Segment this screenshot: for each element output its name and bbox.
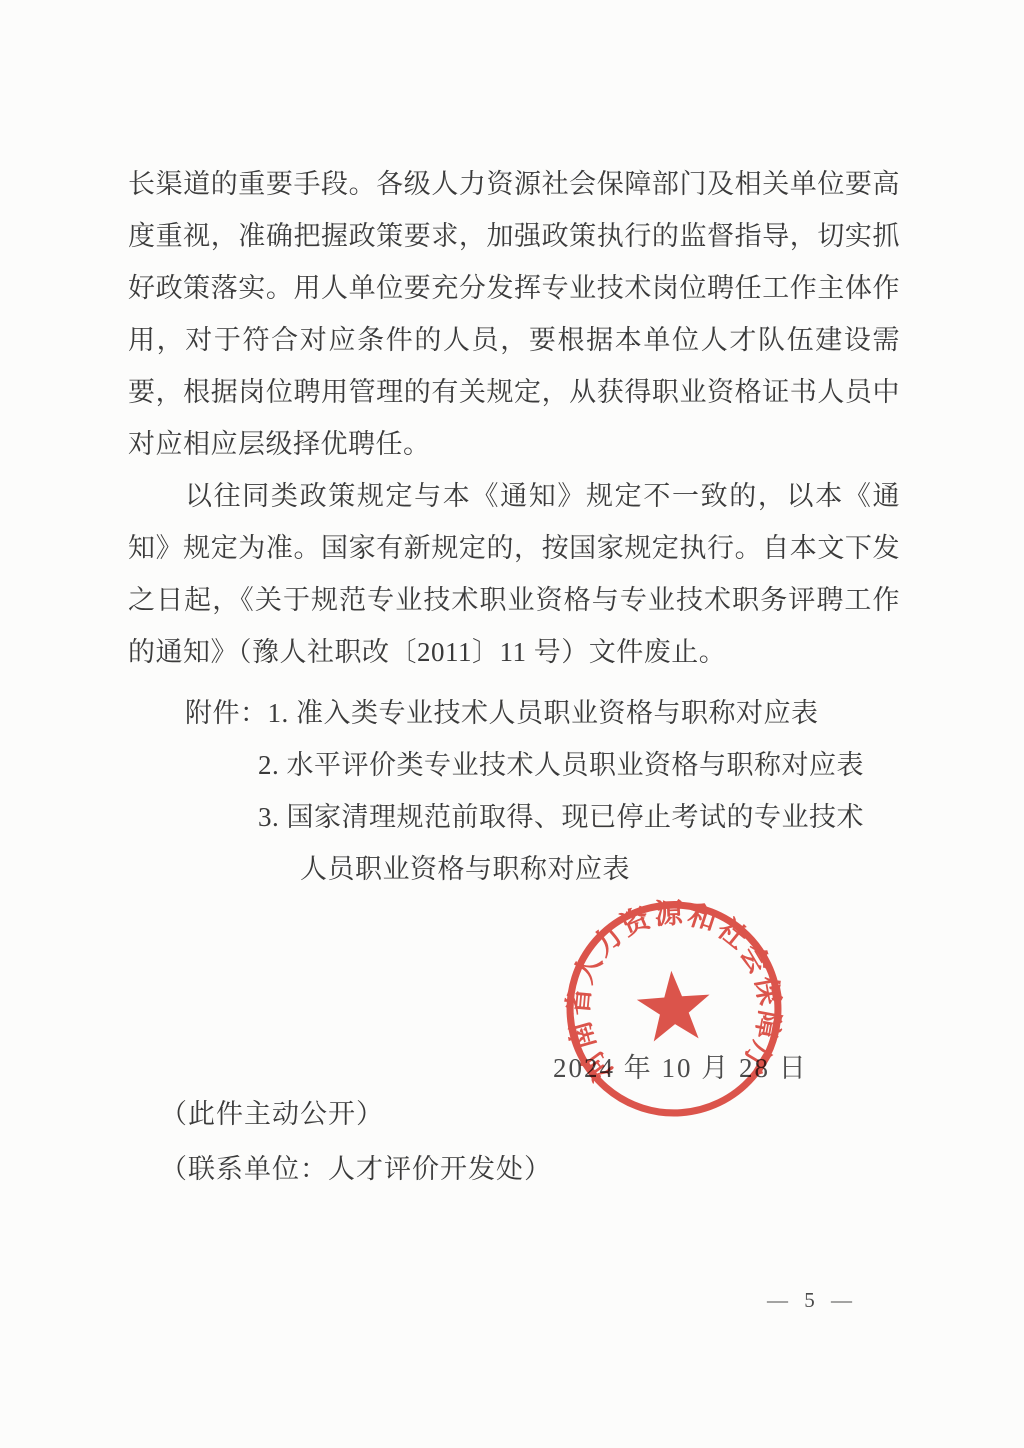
document-body: 长渠道的重要手段。各级人力资源社会保障部门及相关单位要高 度重视，准确把握政策要… xyxy=(128,158,900,895)
attachments-list: 附件： 1. 准入类专业技术人员职业资格与职称对应表 2. 水平评价类专业技术人… xyxy=(128,687,900,895)
attachment-item: 3. 国家清理规范前取得、现已停止考试的专业技术 xyxy=(128,791,900,843)
body-line: 长渠道的重要手段。各级人力资源社会保障部门及相关单位要高 xyxy=(128,158,900,210)
attachment-line: 附件： 1. 准入类专业技术人员职业资格与职称对应表 xyxy=(128,687,900,739)
document-page: 长渠道的重要手段。各级人力资源社会保障部门及相关单位要高 度重视，准确把握政策要… xyxy=(0,0,1024,1448)
body-line: 要，根据岗位聘用管理的有关规定，从获得职业资格证书人员中 xyxy=(128,366,900,418)
disclosure-note: （此件主动公开） xyxy=(160,1088,384,1140)
body-line: 对应相应层级择优聘任。 xyxy=(128,418,900,470)
attachment-item-continuation: 人员职业资格与职称对应表 xyxy=(128,843,900,895)
official-seal: 河南省人力资源和社会保障厅 xyxy=(556,891,793,1128)
attachment-item: 2. 水平评价类专业技术人员职业资格与职称对应表 xyxy=(128,739,900,791)
body-line: 知》规定为准。国家有新规定的，按国家规定执行。自本文下发 xyxy=(128,522,900,574)
attachments-label: 附件： xyxy=(128,687,268,739)
body-line: 用，对于符合对应条件的人员，要根据本单位人才队伍建设需 xyxy=(128,314,900,366)
body-line: 以往同类政策规定与本《通知》规定不一致的，以本《通 xyxy=(128,470,900,522)
body-line: 度重视，准确把握政策要求，加强政策执行的监督指导，切实抓 xyxy=(128,210,900,262)
page-number: — 5 — xyxy=(735,1288,885,1313)
star-icon xyxy=(635,968,713,1042)
contact-unit-note: （联系单位：人才评价开发处） xyxy=(160,1143,552,1195)
attachment-item: 1. 准入类专业技术人员职业资格与职称对应表 xyxy=(268,687,819,739)
body-line: 好政策落实。用人单位要充分发挥专业技术岗位聘任工作主体作 xyxy=(128,262,900,314)
body-line: 之日起，《关于规范专业技术职业资格与专业技术职务评聘工作 xyxy=(128,574,900,626)
body-line: 的通知》（豫人社职改〔2011〕11 号）文件废止。 xyxy=(128,626,900,678)
